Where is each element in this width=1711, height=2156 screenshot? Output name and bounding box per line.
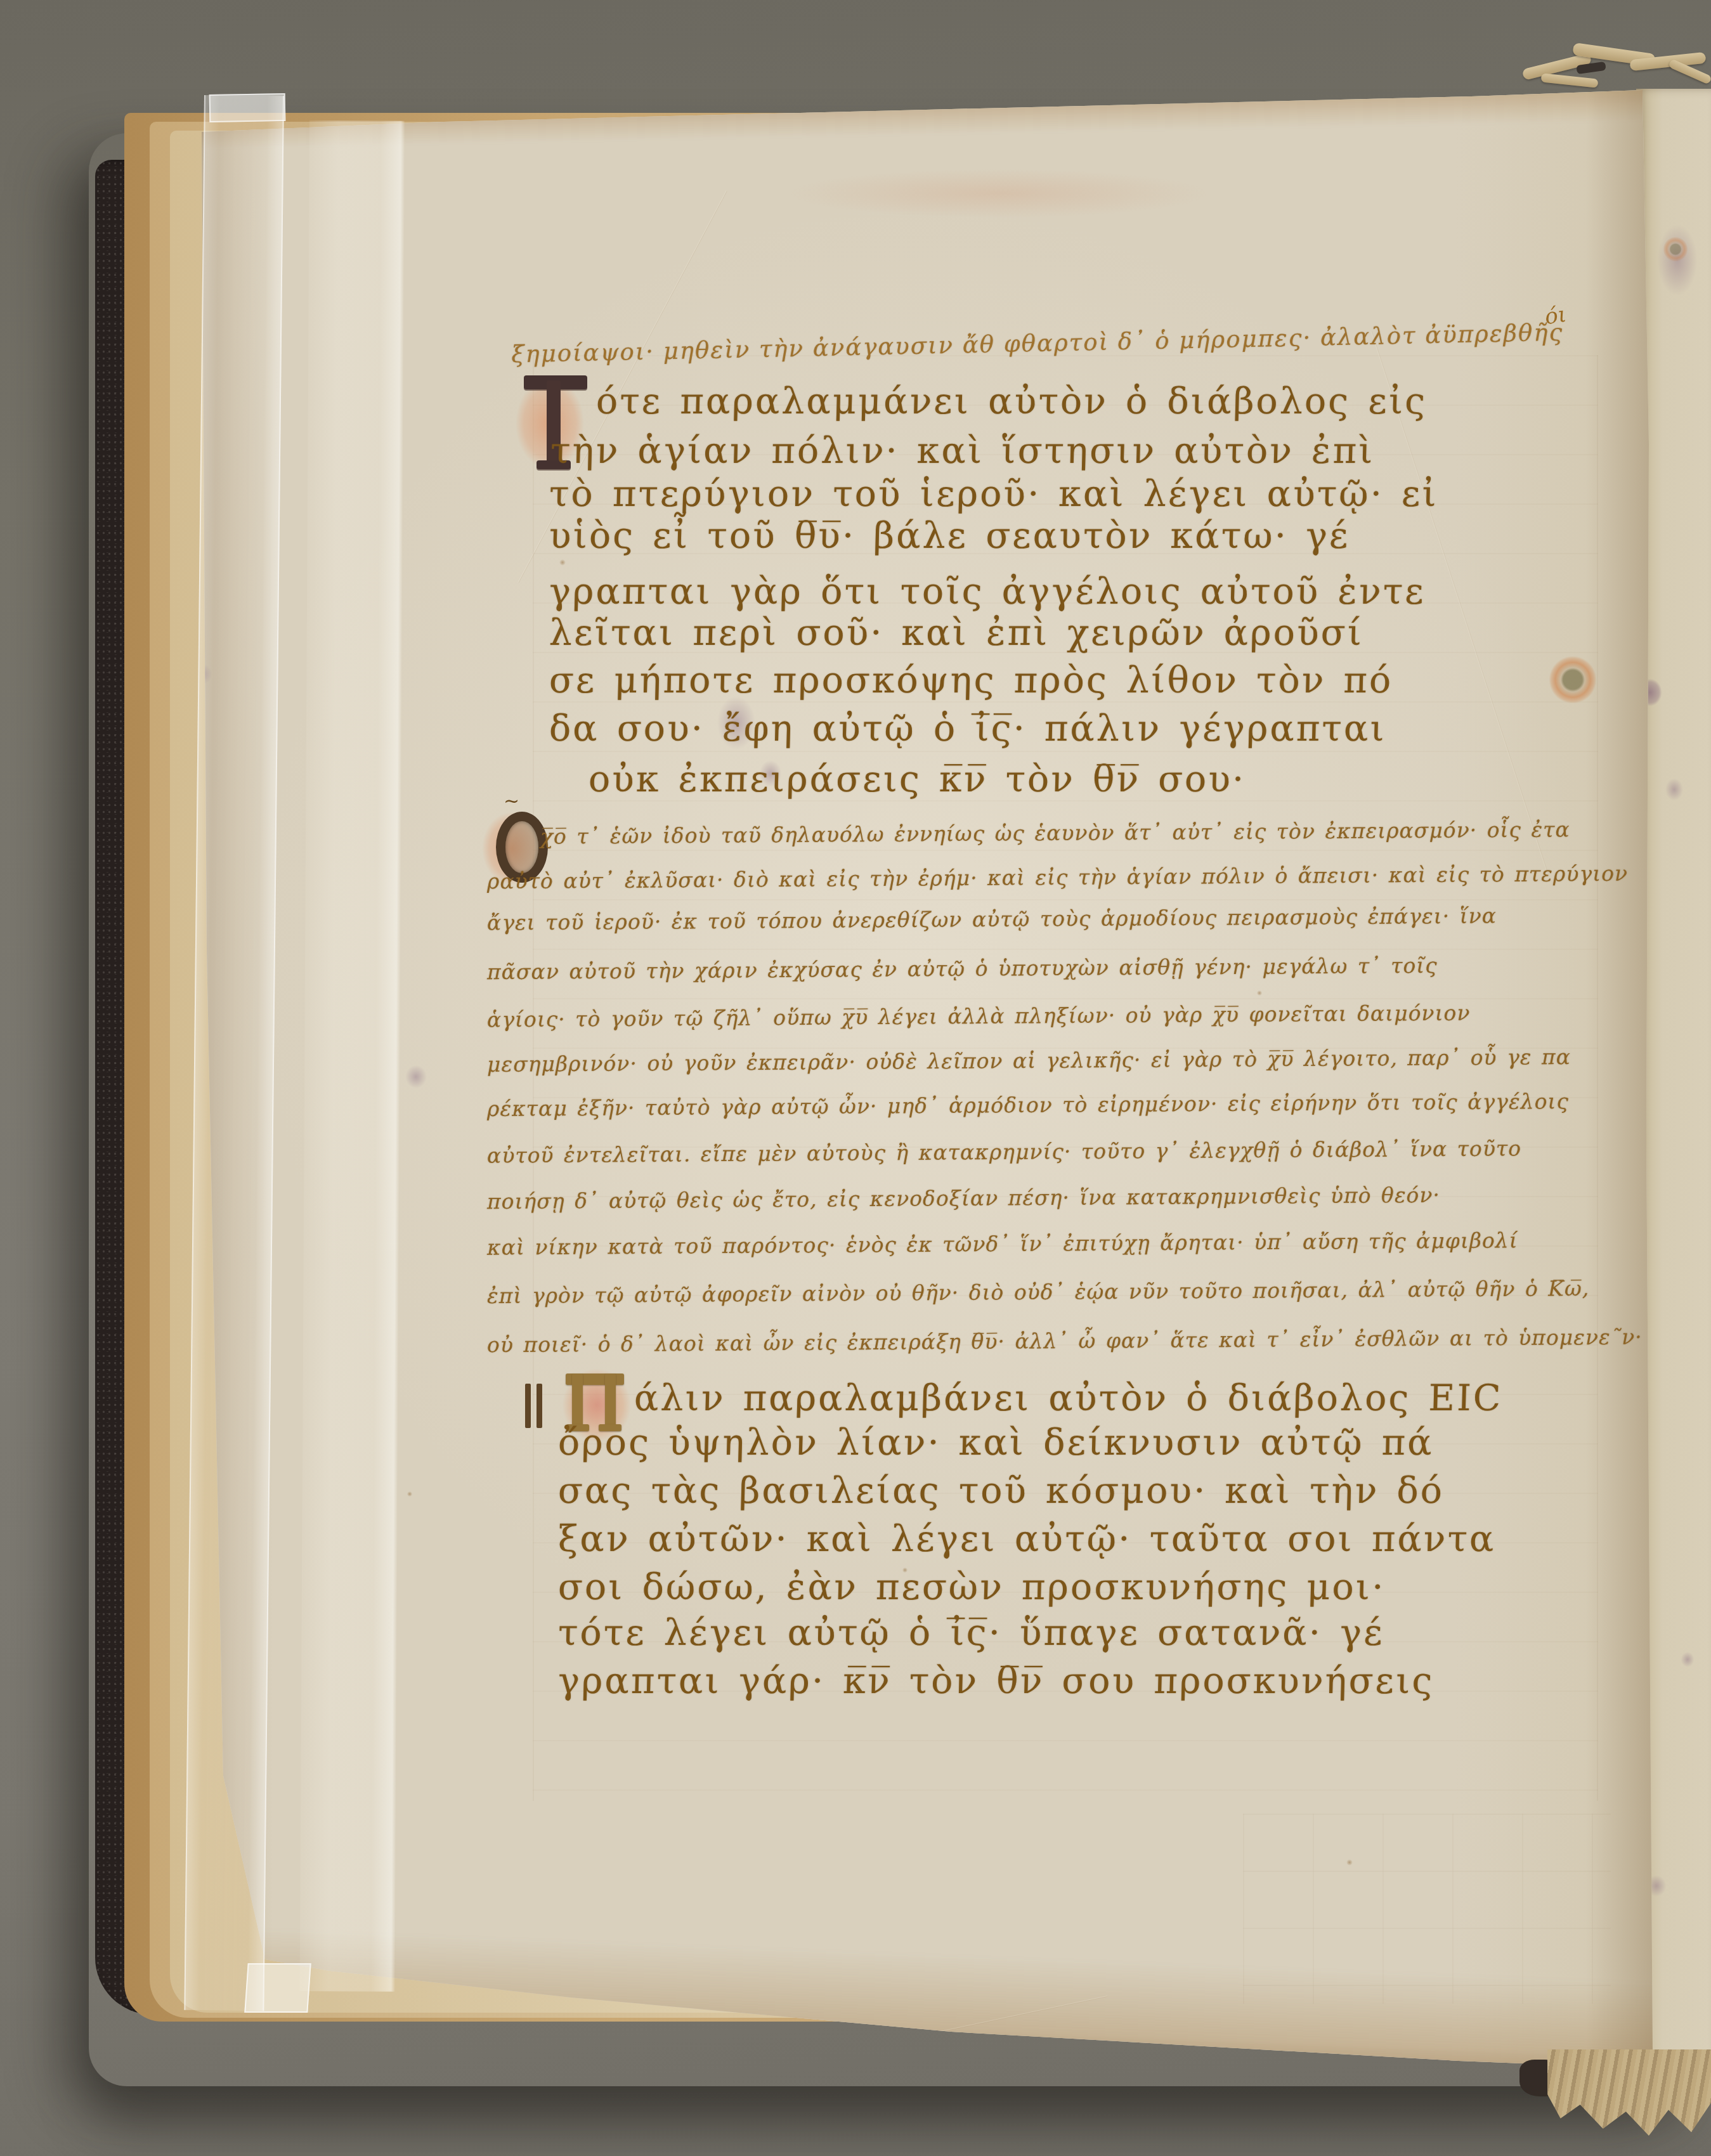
gospel-line: ότε παραλαμμάνει αὐτὸν ὁ διάβολος εἰς (595, 380, 1428, 422)
endband-threads-top (1516, 25, 1711, 108)
gospel-line: γραπται γὰρ ὅτι τοῖς ἀγγέλοις αὐτοῦ ἐντε (549, 571, 1426, 613)
ring-stain-small (1659, 223, 1692, 275)
mold-stain (1662, 774, 1687, 805)
gospel-line: τὸ πτερύγιον τοῦ ἱεροῦ· καὶ λέγει αὐτῷ· … (549, 473, 1439, 515)
gospel-line: λεῖται περὶ σοῦ· καὶ ἐπὶ χειρῶν ἀροῦσί (549, 612, 1364, 654)
gospel-line: γραπται γάρ· κ̅ν̅ τὸν θ̅ν̅ σου προσκυνήσ… (557, 1660, 1435, 1702)
mold-stain (401, 1060, 431, 1093)
top-margin-note-end: όι (1543, 302, 1568, 330)
gospel-line: σας τὰς βασιλείας τοῦ κόσμου· καὶ τὴν δό (557, 1470, 1445, 1512)
gospel-line: άλιν παραλαμβάνει αὐτὸν ὁ διάβολος ΕΙC (634, 1377, 1503, 1419)
repair-tape-top-tab (209, 93, 286, 122)
marginal-mark (525, 1384, 531, 1428)
mold-stain (1678, 1649, 1697, 1670)
toasted-top-edge (190, 61, 1649, 149)
gospel-line: υἱὸς εἶ τοῦ θ̅υ̅· βάλε σεαυτὸν κάτω· γέ (549, 515, 1350, 557)
gospel-line: τὴν ἁγίαν πόλιν· καὶ ἵστησιν αὐτὸν ἐπὶ (550, 430, 1375, 472)
ruling-grid-patch (1243, 1814, 1611, 2004)
foxing-dot (1256, 989, 1263, 997)
gospel-line: τότε λέγει αὐτῷ ὁ ἰ̅ς̅· ὕπαγε σατανᾶ· γέ (557, 1612, 1384, 1654)
gospel-line: οὐκ ἐκπειράσεις κ̅ν̅ τὸν θ̅ν̅ σου· (588, 758, 1246, 800)
marginal-mark (537, 1384, 542, 1428)
foxing-dot (406, 1490, 413, 1498)
gospel-line: ξαν αὐτῶν· καὶ λέγει αὐτῷ· ταῦτα σοι πάν… (557, 1518, 1496, 1560)
gospel-line: ὄρος ὑψηλὸν λίαν· καὶ δείκνυσιν αὐτῷ πά (557, 1422, 1434, 1464)
pink-smear-stain (698, 159, 1300, 228)
initial-pi-left-leg (572, 1373, 583, 1429)
gospel-line: σε μήποτε προσκόψης πρὸς λίθον τὸν πό (549, 659, 1393, 701)
foxing-dot (558, 558, 567, 567)
thread (1541, 73, 1599, 88)
foxing-dot (1344, 1858, 1355, 1867)
gospel-line: σοι δώσω, ἐὰν πεσὼν προσκυνήσης μοι· (557, 1566, 1386, 1608)
initial-pi-right-leg (605, 1373, 616, 1429)
ring-stain (1540, 648, 1606, 711)
initial-omicron-tilde: ~ (504, 790, 519, 812)
tissue-repair-band (300, 120, 405, 1992)
spine-lining-fray-bottom (1547, 2049, 1711, 2136)
manuscript-photo: ξημοίαψοι· μηθεὶν τὴν ἀνάγαυσιν ἄθ φθαρτ… (0, 0, 1711, 2156)
gospel-line: δα σου· ἔφη αὐτῷ ὁ ἰ̅ς̅· πάλιν γέγραπται (549, 708, 1386, 750)
